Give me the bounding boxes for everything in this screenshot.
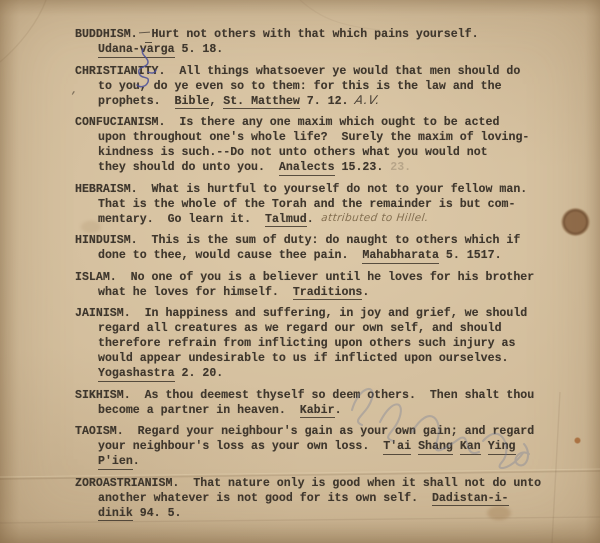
typed-text: become a partner in heaven.	[98, 404, 300, 417]
text-line: BUDDHISM. Hurt not others with that whic…	[75, 27, 567, 42]
typed-text: JAINISM. In happiness and suffering, in …	[75, 307, 527, 320]
text-line: Udana-varga 5. 18.	[75, 42, 567, 57]
text-line: kindness is such.--Do not unto others wh…	[75, 145, 567, 160]
underlined-citation	[145, 28, 152, 43]
text-line: ISLAM. No one of you is a believer until…	[75, 270, 567, 285]
typed-text: .	[335, 404, 342, 417]
typed-text: they should do unto you.	[98, 161, 279, 174]
underlined-citation: Udana-varga	[98, 43, 175, 58]
underlined-citation: P'ien	[98, 455, 133, 470]
underlined-citation: Kan	[460, 440, 481, 455]
typed-text: therefore refrain from inflicting upon o…	[98, 337, 515, 350]
typed-text: kindness is such.--Do not unto others wh…	[98, 146, 488, 159]
text-line: HINDUISM. This is the sum of duty: do na…	[75, 233, 567, 248]
underlined-citation: dinik	[98, 507, 133, 522]
underlined-citation: Bible	[175, 95, 210, 110]
text-line: That is the whole of the Torah and the r…	[75, 197, 567, 212]
underlined-citation: Mahabharata	[362, 249, 439, 264]
typed-text: HEBRAISM. What is hurtful to yourself do…	[75, 183, 527, 196]
typed-text: done to thee, would cause thee pain.	[98, 249, 362, 262]
underlined-citation: Kabir	[300, 404, 335, 419]
rust-speck	[574, 437, 581, 444]
typed-text: ,	[209, 95, 223, 108]
entry-hinduism: HINDUISM. This is the sum of duty: do na…	[75, 233, 567, 263]
underlined-citation: Ying	[488, 440, 516, 455]
typed-text: upon throughout one's whole life? Surely…	[98, 131, 529, 144]
typed-text: prophets.	[98, 95, 175, 108]
typed-text: your neighbour's loss as your own loss.	[98, 440, 383, 453]
typed-text: would appear undesirable to us if inflic…	[98, 352, 509, 365]
typed-text: 15.23.	[335, 161, 384, 174]
underlined-citation: Yogashastra	[98, 367, 175, 382]
faint-left-smudge	[80, 220, 102, 234]
text-line: JAINISM. In happiness and suffering, in …	[75, 306, 567, 321]
typed-text: to you, do ye even so to them: for this …	[98, 80, 502, 93]
typed-text: SIKHISM. As thou deemest thyself so deem…	[75, 389, 534, 402]
typed-text: ZOROASTRIANISM. That nature only is good…	[75, 477, 541, 490]
text-line: mentary. Go learn it. Talmud. attributed…	[75, 212, 567, 227]
typed-text: 7. 12.	[300, 95, 356, 108]
text-line: prophets. Bible, St. Matthew 7. 12. A.V.	[75, 94, 567, 109]
text-line: to you, do ye even so to them: for this …	[75, 79, 567, 94]
typed-text: 94. 5.	[133, 507, 182, 520]
text-line: your neighbour's loss as your own loss. …	[75, 439, 567, 454]
underlined-citation: St. Matthew	[223, 95, 300, 110]
entry-jainism: JAINISM. In happiness and suffering, in …	[75, 306, 567, 381]
text-line: HEBRAISM. What is hurtful to yourself do…	[75, 182, 567, 197]
underlined-citation: Traditions	[293, 286, 363, 301]
entry-confucianism: CONFUCIANISM. Is there any one maxim whi…	[75, 115, 567, 175]
typed-text: That is the whole of the Torah and the r…	[98, 198, 515, 211]
typed-text: mentary. Go learn it.	[98, 213, 265, 226]
text-line: Yogashastra 2. 20.	[75, 366, 567, 381]
entry-christianity: CHRISTIANITY. All things whatsoever ye w…	[75, 64, 567, 109]
text-line: they should do unto you. Analects 15.23.…	[75, 160, 567, 175]
text-line: CONFUCIANISM. Is there any one maxim whi…	[75, 115, 567, 130]
text-line: would appear undesirable to us if inflic…	[75, 351, 567, 366]
underlined-citation: Dadistan-i-	[432, 492, 509, 507]
document-entries: BUDDHISM. Hurt not others with that whic…	[75, 27, 567, 527]
typed-text: Hurt not others with that which pains yo…	[152, 28, 479, 41]
typed-text: BUDDHISM.	[75, 28, 145, 41]
typed-text: what he loves for himself.	[98, 286, 293, 299]
underlined-citation: Analects	[279, 161, 335, 176]
text-line: become a partner in heaven. Kabir.	[75, 403, 567, 418]
text-line: another whatever is not good for its own…	[75, 491, 567, 506]
typed-text: 23.	[383, 161, 411, 174]
typed-text: regard all creatures as we regard our ow…	[98, 322, 502, 335]
text-line: upon throughout one's whole life? Surely…	[75, 130, 567, 145]
typed-text: TAOISM. Regard your neighbour's gain as …	[75, 425, 534, 438]
text-line: SIKHISM. As thou deemest thyself so deem…	[75, 388, 567, 403]
entry-islam: ISLAM. No one of you is a believer until…	[75, 270, 567, 300]
faint-smudge	[486, 505, 512, 521]
typed-text	[453, 440, 460, 453]
underlined-citation: T'ai	[383, 440, 411, 455]
text-line: TAOISM. Regard your neighbour's gain as …	[75, 424, 567, 439]
typed-text: another whatever is not good for its own…	[98, 492, 432, 505]
paper-document: BUDDHISM. Hurt not others with that whic…	[0, 0, 600, 543]
typed-text: .	[362, 286, 369, 299]
typed-text: .	[133, 455, 140, 468]
typed-text: CHRISTIANITY. All things whatsoever ye w…	[75, 65, 520, 78]
underlined-citation: Talmud	[265, 213, 307, 228]
underlined-citation: Shang	[418, 440, 453, 455]
brown-stain	[561, 208, 590, 236]
entry-hebraism: HEBRAISM. What is hurtful to yourself do…	[75, 182, 567, 227]
typed-text: 2. 20.	[175, 367, 224, 380]
typed-text: CONFUCIANISM. Is there any one maxim whi…	[75, 116, 499, 129]
typed-text: HINDUISM. This is the sum of duty: do na…	[75, 234, 520, 247]
entry-sikhism: SIKHISM. As thou deemest thyself so deem…	[75, 388, 567, 418]
typed-text: ISLAM. No one of you is a believer until…	[75, 271, 534, 284]
text-line: CHRISTIANITY. All things whatsoever ye w…	[75, 64, 567, 79]
typed-text: 5. 18.	[175, 43, 224, 56]
text-line: what he loves for himself. Traditions.	[75, 285, 567, 300]
text-line: P'ien.	[75, 454, 567, 469]
text-line: done to thee, would cause thee pain. Mah…	[75, 248, 567, 263]
handwritten-attribution: attributed to Hillel.	[320, 213, 429, 224]
typed-text	[481, 440, 488, 453]
entry-taoism: TAOISM. Regard your neighbour's gain as …	[75, 424, 567, 469]
text-line: therefore refrain from inflicting upon o…	[75, 336, 567, 351]
text-line: regard all creatures as we regard our ow…	[75, 321, 567, 336]
typed-text: 5. 1517.	[439, 249, 502, 262]
typed-text: .	[307, 213, 321, 226]
handwritten-note: A.V.	[354, 94, 381, 106]
text-line: ZOROASTRIANISM. That nature only is good…	[75, 476, 567, 491]
